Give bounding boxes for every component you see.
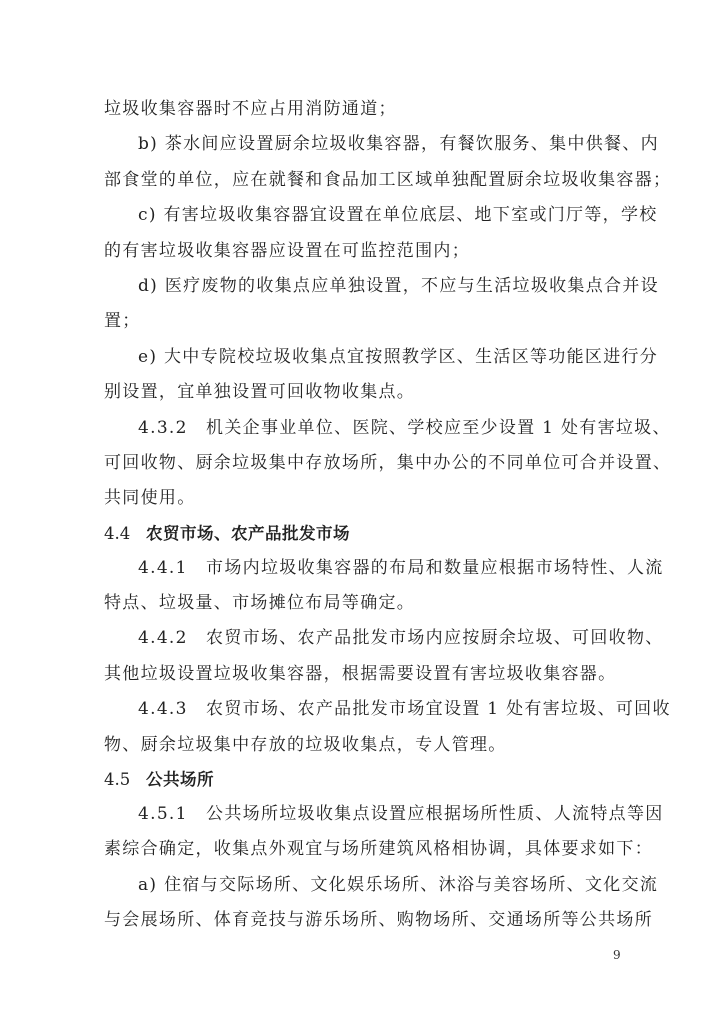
- section-heading-4-4: 4.4农贸市场、农产品批发市场: [104, 517, 622, 551]
- list-item-b: b) 茶水间应设置厨余垃圾收集容器，有餐饮服务、集中供餐、内: [104, 127, 622, 162]
- text-line: 物、厨余垃圾集中存放的垃圾收集点，专人管理。: [104, 728, 622, 763]
- section-heading-4-5: 4.5公共场所: [104, 763, 622, 797]
- clause-4-3-2: 4.3.2 机关企事业单位、医院、学校应至少设置 1 处有害垃圾、: [104, 411, 622, 446]
- text-line: 部食堂的单位，应在就餐和食品加工区域单独配置厨余垃圾收集容器；: [104, 163, 622, 198]
- clause-4-4-3: 4.4.3 农贸市场、农产品批发市场宜设置 1 处有害垃圾、可回收: [104, 692, 622, 727]
- section-title: 公共场所: [146, 770, 214, 789]
- text-line: 置；: [104, 304, 622, 339]
- clause-4-4-2: 4.4.2 农贸市场、农产品批发市场内应按厨余垃圾、可回收物、: [104, 621, 622, 656]
- clause-4-5-1: 4.5.1 公共场所垃圾收集点设置应根据场所性质、人流特点等因: [104, 797, 622, 832]
- list-item-a: a) 住宿与交际场所、文化娱乐场所、沐浴与美容场所、文化交流: [104, 868, 622, 903]
- section-number: 4.5: [104, 763, 146, 797]
- section-title: 农贸市场、农产品批发市场: [146, 524, 350, 543]
- clause-4-4-1: 4.4.1 市场内垃圾收集容器的布局和数量应根据市场特性、人流: [104, 551, 622, 586]
- text-line: 与会展场所、体育竞技与游乐场所、购物场所、交通场所等公共场所: [104, 903, 622, 938]
- text-line: 可回收物、厨余垃圾集中存放场所，集中办公的不同单位可合并设置、: [104, 446, 622, 481]
- text-line: 素综合确定，收集点外观宜与场所建筑风格相协调，具体要求如下：: [104, 832, 622, 867]
- list-item-e: e) 大中专院校垃圾收集点宜按照教学区、生活区等功能区进行分: [104, 340, 622, 375]
- text-line: 其他垃圾设置垃圾收集容器，根据需要设置有害垃圾收集容器。: [104, 657, 622, 692]
- list-item-d: d) 医疗废物的收集点应单独设置，不应与生活垃圾收集点合并设: [104, 269, 622, 304]
- text-line: 的有害垃圾收集容器应设置在可监控范围内；: [104, 234, 622, 269]
- section-number: 4.4: [104, 517, 146, 551]
- text-line: 垃圾收集容器时不应占用消防通道；: [104, 92, 622, 127]
- text-line: 别设置，宜单独设置可回收物收集点。: [104, 375, 622, 410]
- text-line: 特点、垃圾量、市场摊位布局等确定。: [104, 586, 622, 621]
- text-line: 共同使用。: [104, 481, 622, 516]
- document-page: 垃圾收集容器时不应占用消防通道； b) 茶水间应设置厨余垃圾收集容器，有餐饮服务…: [104, 92, 622, 939]
- list-item-c: c) 有害垃圾收集容器宜设置在单位底层、地下室或门厅等，学校: [104, 198, 622, 233]
- page-number: 9: [613, 948, 621, 962]
